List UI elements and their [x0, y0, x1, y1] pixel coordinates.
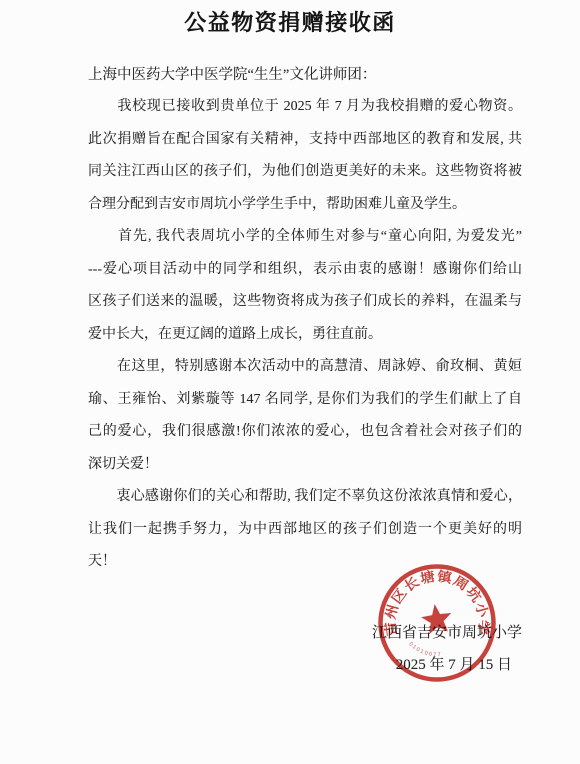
salutation-line: 上海中医药大学中医学院“生生”文化讲师团：	[88, 59, 522, 91]
signature-organization: 江西省吉安市周坑小学	[88, 617, 522, 649]
text-line: 爱中长大，在更辽阔的道路上成长，勇往直前。	[88, 319, 522, 352]
text-line: 首先, 我代表周坑小学的全体师生对参与“童心向阳, 为爱发光”	[88, 221, 522, 254]
text-line: 深切关爱！	[88, 449, 522, 482]
text-line: 合理分配到吉安市周坑小学学生手中，帮助困难儿童及学生。	[88, 189, 522, 222]
text-line: 在这里，特别感谢本次活动中的高慧清、周詠婷、俞玫桐、黄姮	[88, 351, 522, 384]
text-line: 让我们一起携手努力，为中西部地区的孩子们创造一个更美好的明	[88, 514, 522, 547]
paragraph: 我校现已接收到贵单位于 2025 年 7 月为我校捐赠的爱心物资。此次捐赠旨在配…	[88, 91, 522, 221]
text-line: ---爱心项目活动中的同学和组织，表示由衷的感谢！感谢你们给山	[88, 254, 522, 287]
letter-body: 我校现已接收到贵单位于 2025 年 7 月为我校捐赠的爱心物资。此次捐赠旨在配…	[88, 91, 522, 579]
text-line: 同关注江西山区的孩子们，为他们创造更美好的未来。这些物资将被	[88, 156, 522, 189]
paragraph: 在这里，特别感谢本次活动中的高慧清、周詠婷、俞玫桐、黄姮瑜、王雍怡、刘紫璇等 1…	[88, 351, 522, 481]
paragraph: 首先, 我代表周坑小学的全体师生对参与“童心向阳, 为爱发光”---爱心项目活动…	[88, 221, 522, 351]
text-line: 瑜、王雍怡、刘紫璇等 147 名同学, 是你们为我们的学生们献上了自	[88, 384, 522, 417]
page-title: 公益物资捐赠接收函	[0, 0, 580, 38]
text-line: 此次捐赠旨在配合国家有关精神，支持中西部地区的教育和发展, 共	[88, 124, 522, 157]
paragraph: 衷心感谢你们的关心和帮助, 我们定不辜负这份浓浓真情和爱心，让我们一起携手努力，…	[88, 481, 522, 579]
signature-date: 2025 年 7 月 15 日	[88, 649, 522, 681]
text-line: 天！	[88, 546, 522, 579]
text-line: 我校现已接收到贵单位于 2025 年 7 月为我校捐赠的爱心物资。	[88, 91, 522, 124]
donation-receipt-letter: 公益物资捐赠接收函 上海中医药大学中医学院“生生”文化讲师团： 我校现已接收到贵…	[0, 0, 580, 764]
signature-block: 江西省吉安市周坑小学 2025 年 7 月 15 日	[88, 617, 522, 681]
text-line: 己的爱心，我们很感激!你们浓浓的爱心，也包含着社会对孩子们的	[88, 416, 522, 449]
text-line: 区孩子们送来的温暖，这些物资将成为孩子们成长的养料，在温柔与	[88, 286, 522, 319]
text-line: 衷心感谢你们的关心和帮助, 我们定不辜负这份浓浓真情和爱心，	[88, 481, 522, 514]
